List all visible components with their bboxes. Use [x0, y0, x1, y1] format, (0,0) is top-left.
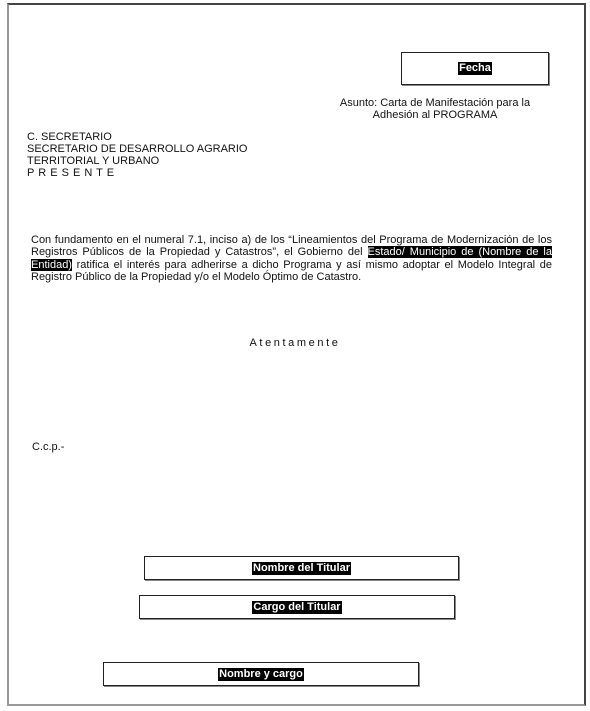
recipient-presente: P R E S E N T E — [27, 167, 115, 179]
recipient-line-3: TERRITORIAL Y URBANO — [27, 155, 159, 167]
asunto-line-2: Adhesión al PROGRAMA — [330, 109, 540, 121]
titular-name-field[interactable]: Nombre del Titular — [144, 556, 459, 580]
titular-position-field[interactable]: Cargo del Titular — [139, 595, 455, 619]
recipient-line-1: C. SECRETARIO — [27, 131, 112, 143]
name-and-position-field[interactable]: Nombre y cargo — [103, 662, 419, 686]
titular-name-label: Nombre del Titular — [252, 562, 351, 575]
body-text-2: ratifica el interés para adherirse a dic… — [31, 259, 552, 283]
recipient-line-2: SECRETARIO DE DESARROLLO AGRARIO — [27, 143, 247, 155]
fecha-field[interactable]: Fecha — [401, 52, 549, 85]
asunto: Asunto: Carta de Manifestación para la A… — [330, 97, 540, 121]
name-and-position-label: Nombre y cargo — [218, 668, 304, 681]
ccp-label: C.c.p.- — [32, 441, 64, 453]
body-paragraph: Con fundamento en el numeral 7.1, inciso… — [31, 234, 552, 283]
closing-atentamente: Atentamente — [0, 337, 590, 349]
titular-position-label: Cargo del Titular — [252, 601, 341, 614]
fecha-label: Fecha — [458, 62, 492, 75]
asunto-line-1: Asunto: Carta de Manifestación para la — [330, 97, 540, 109]
